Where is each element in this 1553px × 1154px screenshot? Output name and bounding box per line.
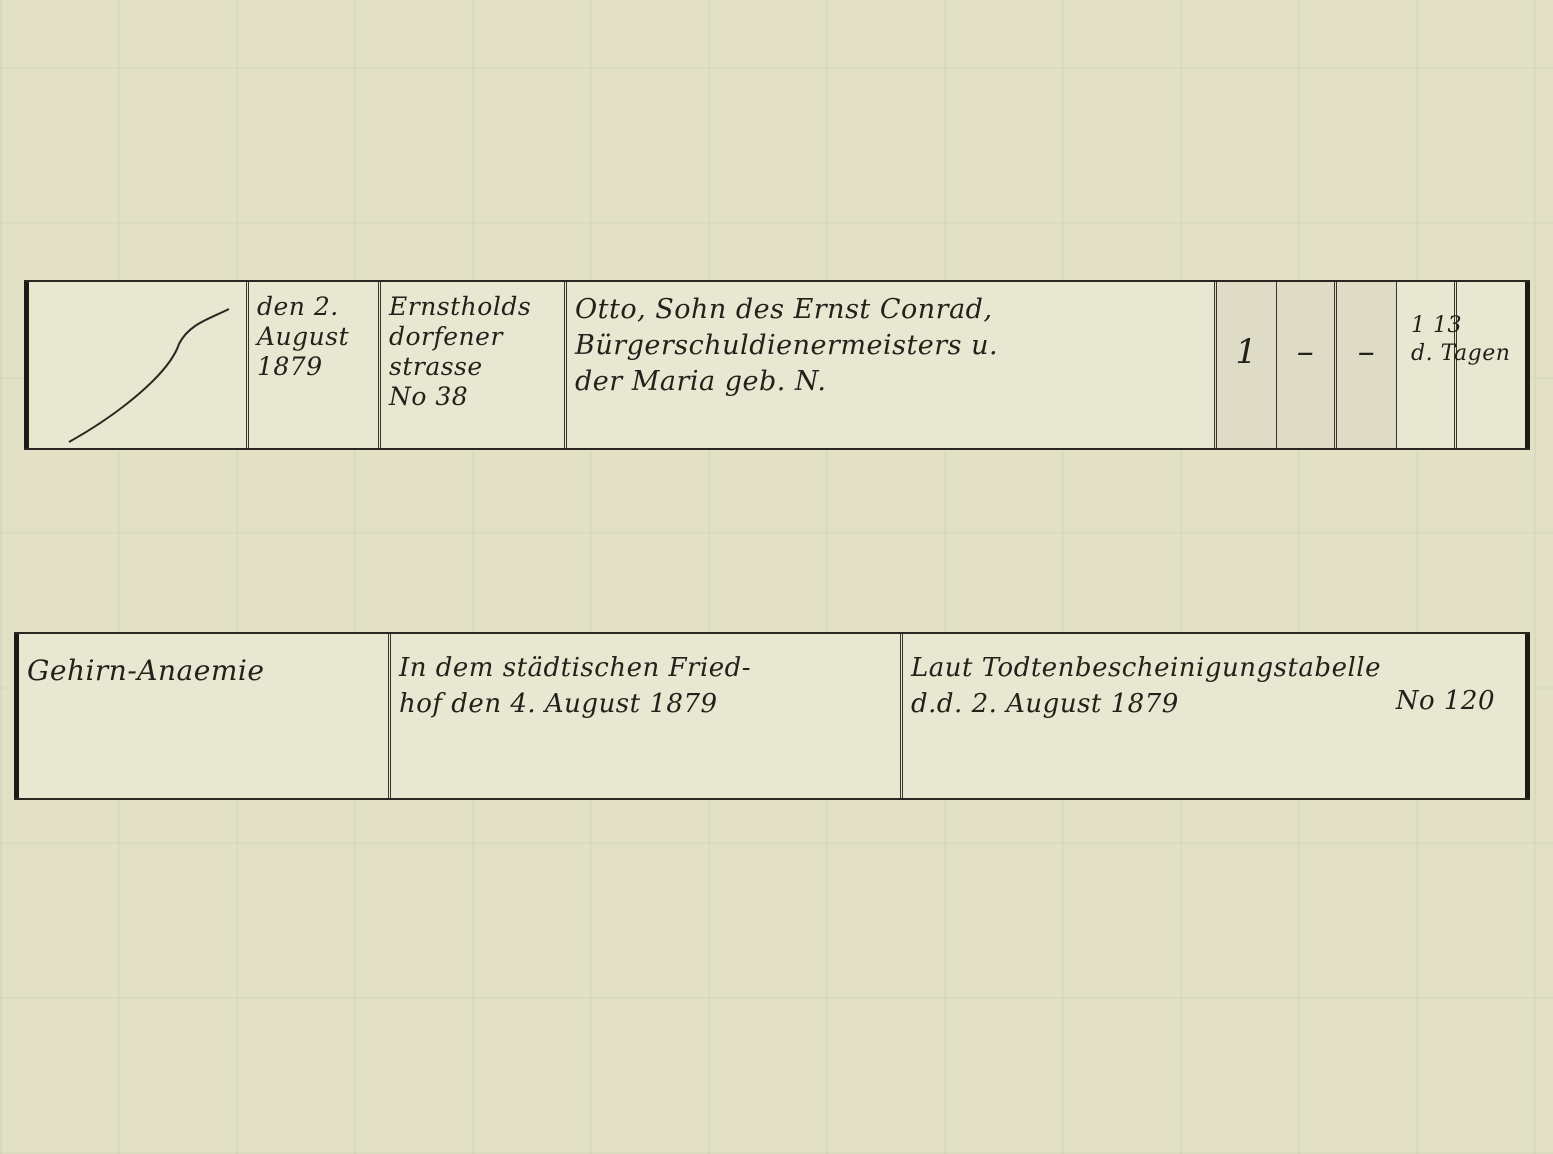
page-background [0, 0, 1553, 1154]
address-cell: Ernstholds dorfener strasse No 38 [378, 282, 564, 448]
cause-cell: Gehirn-Anaemie [14, 634, 388, 798]
date-cell: den 2. August 1879 [246, 282, 378, 448]
death-date: den 2. August 1879 [257, 292, 370, 382]
address: Ernstholds dorfener strasse No 38 [389, 292, 556, 412]
count-b: – [1285, 292, 1326, 372]
cause-of-death: Gehirn-Anaemie [27, 644, 380, 686]
count-col-a: 1 [1214, 282, 1276, 448]
burial-cell: In dem städtischen Fried- hof den 4. Aug… [388, 634, 900, 798]
count-c: – [1345, 292, 1388, 372]
reference-cell: Laut Todtenbescheinigungstabelle d.d. 2.… [900, 634, 1530, 798]
burial-info: In dem städtischen Fried- hof den 4. Aug… [399, 644, 892, 722]
count-col-b: – [1276, 282, 1334, 448]
cancel-stroke-icon [59, 304, 249, 444]
count-a: 1 [1225, 292, 1268, 372]
reference-number: No 120 [1396, 686, 1495, 716]
register-row-bottom: Gehirn-Anaemie In dem städtischen Fried-… [14, 632, 1530, 800]
count-col-c: – [1334, 282, 1396, 448]
deceased-description: Otto, Sohn des Ernst Conrad, Bürgerschul… [575, 292, 1206, 400]
age-cell: 1 13 d. Tagen [1454, 282, 1530, 448]
register-row-top: den 2. August 1879 Ernstholds dorfener s… [24, 280, 1530, 450]
age: 1 13 d. Tagen [1411, 312, 1521, 368]
entry-number-cell [24, 282, 246, 448]
deceased-cell: Otto, Sohn des Ernst Conrad, Bürgerschul… [564, 282, 1214, 448]
